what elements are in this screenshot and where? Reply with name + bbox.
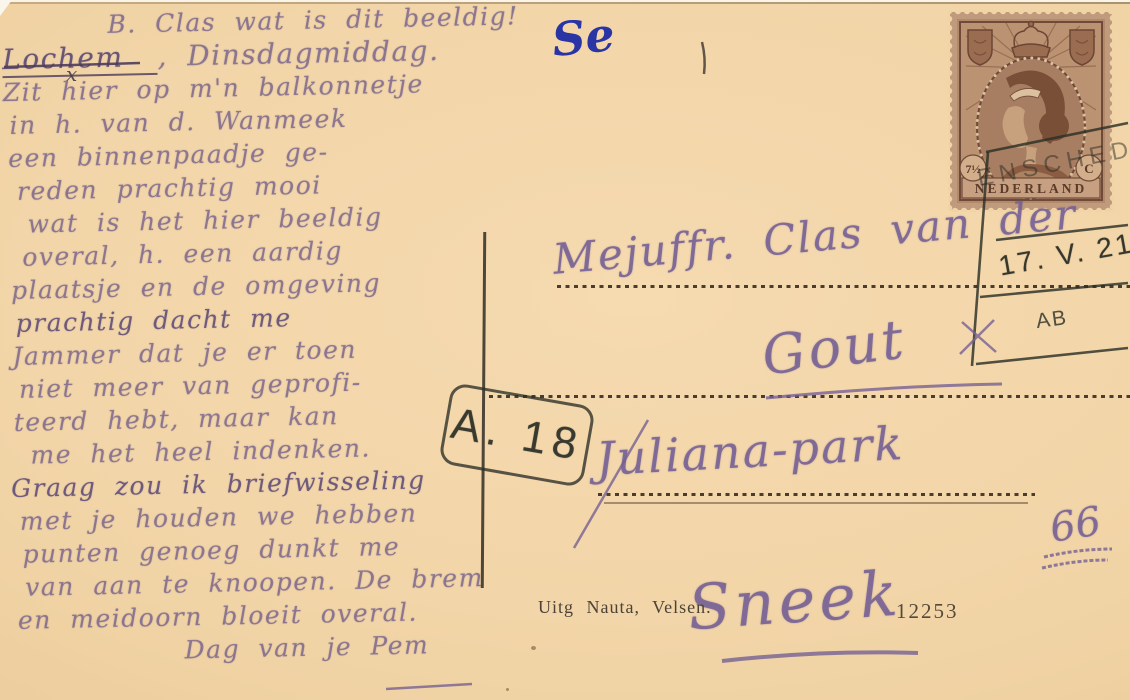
card-top-edge <box>0 2 1130 4</box>
address-city: Sneek <box>686 557 904 645</box>
address-street: Juliana-park <box>595 416 906 486</box>
address-rule-2 <box>489 395 1130 398</box>
sneek-underline <box>722 652 918 661</box>
message-signoff: Dag van je Pem <box>184 627 497 667</box>
sorting-stamp-code: A. 18 <box>447 399 586 471</box>
pencil-check-mark: x <box>66 62 77 86</box>
address-surname: Gout <box>759 307 910 387</box>
pem-underline <box>386 684 472 689</box>
message-block: B. Clas wat is dit beeldig! Lochem, Dins… <box>1 0 497 670</box>
address-rule-3 <box>598 493 1035 496</box>
paper-speck <box>506 688 509 691</box>
blue-ink-note: Se <box>549 7 617 67</box>
number-underline-2 <box>1042 560 1108 568</box>
address-rule-1 <box>557 285 1130 288</box>
postmark-code: AB <box>1034 306 1069 334</box>
publisher-imprint: Uitg Nauta, Velsen. <box>538 597 712 618</box>
address-house-number: 66 <box>1047 498 1104 551</box>
paper-speck <box>531 646 536 650</box>
address-rule-3-solid <box>604 502 1028 504</box>
postcard-back: B. Clas wat is dit beeldig! Lochem, Dins… <box>0 0 1130 700</box>
card-serial-number: 12253 <box>896 599 959 624</box>
flourish-x <box>960 320 996 354</box>
pencil-mark <box>702 42 705 74</box>
